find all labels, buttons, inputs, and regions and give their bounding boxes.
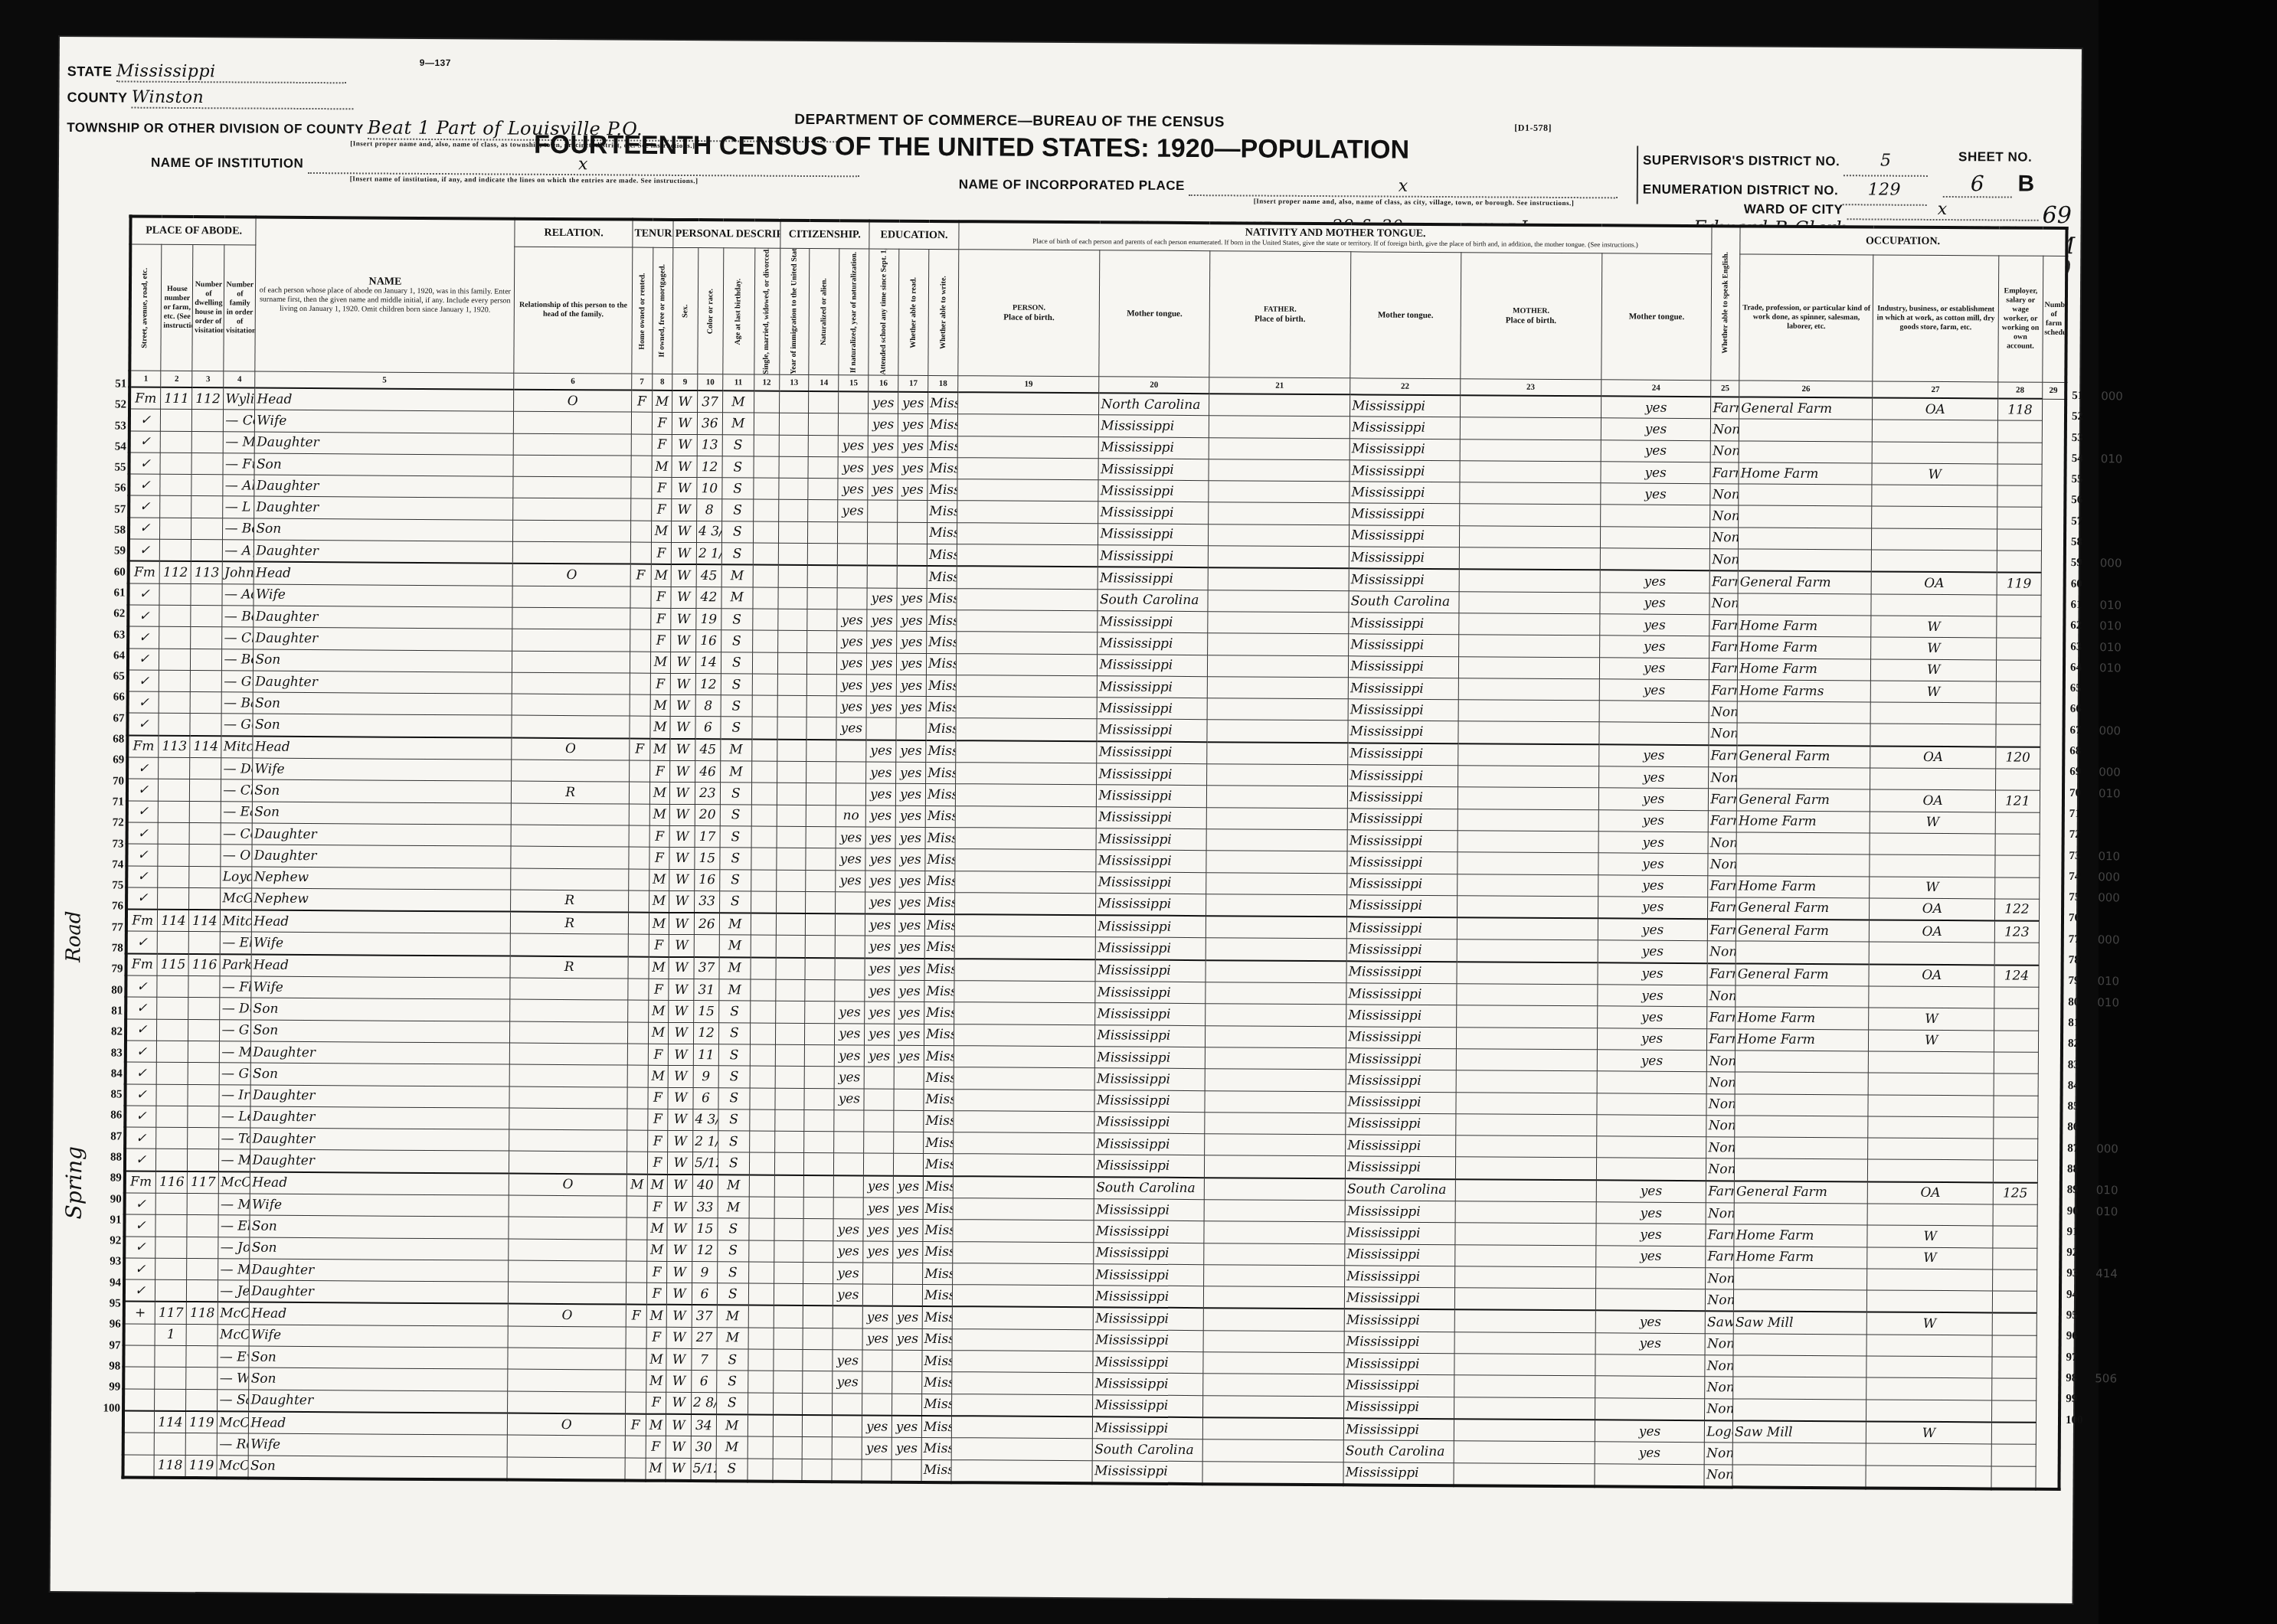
- county-label: COUNTY: [67, 90, 127, 105]
- cell-write: [893, 1263, 923, 1285]
- cell-mar: M: [719, 935, 751, 957]
- cell-col-22: [1204, 1243, 1346, 1265]
- group-education: EDUCATION.: [869, 221, 959, 249]
- cell-col-22: [1206, 872, 1347, 894]
- occupation-code: 010: [2099, 658, 2153, 679]
- cell-name: — Irene: [219, 1084, 250, 1106]
- cell-read: yes: [865, 936, 895, 958]
- cell-write: yes: [898, 457, 927, 479]
- col-8-header: If owned, free or mortgaged.: [652, 247, 673, 374]
- cell-race: W: [671, 673, 696, 694]
- cell-eng: yes: [1598, 832, 1709, 854]
- cell-school: yes: [836, 696, 866, 718]
- line-number: 86: [2067, 1117, 2095, 1139]
- col-number: 17: [898, 375, 928, 392]
- cell-house: [157, 1019, 188, 1041]
- cell-mar: M: [721, 565, 753, 587]
- line-number: 71: [70, 792, 124, 813]
- cell-read: [864, 1110, 894, 1132]
- cell-emp: [1866, 1443, 1991, 1466]
- cell-emp: [1872, 485, 1997, 507]
- cell-col-13: [752, 695, 777, 717]
- col-number: 5: [255, 371, 514, 390]
- occupation-code: 010: [2099, 783, 2152, 805]
- cell-col-20: [952, 1328, 1094, 1351]
- line-number: 100: [67, 1398, 120, 1420]
- district-block: SUPERVISOR'S DISTRICT NO. 5 ENUMERATION …: [1637, 146, 1929, 206]
- cell-col-20: [957, 567, 1098, 590]
- cell-eng: yes: [1601, 462, 1711, 484]
- cell-house: [157, 998, 188, 1020]
- cell-col-24: [1457, 743, 1599, 766]
- occupation-code: 010: [2096, 1181, 2150, 1202]
- cell-street: [124, 1324, 155, 1346]
- cell-col-22: [1203, 1330, 1345, 1352]
- line-number: 79: [69, 959, 123, 980]
- cell-home: [509, 1108, 627, 1130]
- cell-eng: yes: [1597, 1028, 1707, 1050]
- cell-house: [155, 1237, 187, 1259]
- cell-col-20: [951, 1416, 1093, 1439]
- cell-eng: [1601, 505, 1711, 527]
- cell-race: W: [666, 1458, 691, 1481]
- cell-name: — Minnie: [219, 1149, 250, 1171]
- cell-col-14: [777, 609, 807, 631]
- cell-fpob: Mississippi: [1095, 1003, 1206, 1025]
- cell-col-14: [774, 1153, 804, 1175]
- cell-age: 33: [692, 1197, 718, 1218]
- cell-home: [508, 1391, 626, 1414]
- col-1-header: Street, avenue, road, etc.: [129, 244, 162, 371]
- line-number: 62: [2070, 616, 2098, 637]
- cell-home: [511, 934, 629, 957]
- cell-rel: Daughter: [252, 823, 511, 846]
- cell-col-13: [752, 717, 777, 739]
- cell-read: [862, 1459, 891, 1482]
- cell-race: W: [672, 434, 697, 456]
- cell-school: [834, 1175, 864, 1198]
- col-number: 25: [1711, 381, 1739, 397]
- cell-read: [864, 1132, 894, 1154]
- form-code: [D1-578]: [1514, 123, 1552, 134]
- cell-col-15: [805, 979, 835, 1002]
- cell-dwelling: 117: [188, 1171, 219, 1194]
- cell-eng: [1595, 1463, 1705, 1487]
- cell-mpob: Mississippi: [1346, 917, 1457, 939]
- cell-home: [509, 1086, 627, 1109]
- cell-read: yes: [862, 1415, 892, 1437]
- col-16-header: Attended school any time since Sept. 1, …: [869, 249, 899, 375]
- cell-col-15: [806, 740, 836, 762]
- cell-farm: [1995, 855, 2040, 877]
- cell-occ: Farmer: [1708, 919, 1736, 941]
- cell-house: 116: [156, 1171, 188, 1193]
- cell-read: yes: [865, 1002, 895, 1024]
- cell-mpob: Mississippi: [1350, 417, 1460, 439]
- cell-dwelling: [189, 866, 221, 888]
- cell-home: [514, 433, 632, 456]
- cell-ind: [1735, 1158, 1868, 1181]
- line-number: 89: [2067, 1180, 2095, 1201]
- cell-rel: Wife: [251, 976, 510, 999]
- cell-col-15: [803, 1262, 833, 1284]
- cell-mar: M: [719, 957, 751, 979]
- cell-school: [836, 913, 865, 936]
- cell-write: yes: [897, 609, 927, 632]
- cell-col-24: [1460, 461, 1601, 483]
- cell-home: [510, 1021, 628, 1044]
- line-number: 90: [2067, 1201, 2095, 1223]
- line-number: 54: [73, 436, 126, 458]
- cell-col-22: [1203, 1286, 1345, 1309]
- cell-dwelling: [188, 1041, 220, 1063]
- cell-home: O: [509, 1173, 627, 1196]
- cell-fpob: Mississippi: [1094, 1264, 1204, 1286]
- col-number: 16: [869, 375, 898, 392]
- cell-race: W: [671, 630, 696, 652]
- cell-rel: Head: [250, 1302, 509, 1326]
- cell-sex: F: [647, 1130, 668, 1152]
- cell-dwelling: [191, 496, 223, 518]
- cell-school: yes: [839, 435, 869, 457]
- cell-street: Fm: [125, 1171, 156, 1193]
- cell-house: [158, 866, 189, 888]
- cell-col-15: [804, 1175, 834, 1198]
- cell-pob: Mississippi: [924, 1132, 954, 1155]
- cell-occ: Farm Laborer: [1706, 1246, 1734, 1268]
- cell-col-15: [806, 936, 836, 958]
- cell-read: [863, 1263, 893, 1285]
- cell-sex: F: [650, 608, 671, 629]
- cell-rel: Son: [251, 998, 510, 1021]
- cell-eng: yes: [1599, 744, 1709, 767]
- cell-mar: S: [721, 609, 753, 631]
- line-number: 87: [2067, 1139, 2095, 1160]
- cell-mpob: South Carolina: [1345, 1178, 1455, 1201]
- cell-pob: Mississippi: [924, 1045, 954, 1067]
- cell-rel: Son: [251, 1063, 510, 1086]
- cell-col-15: [806, 762, 836, 784]
- cell-col-13: [748, 1436, 773, 1458]
- cell-name: — Maggie J: [218, 1259, 250, 1281]
- cell-race: W: [666, 1327, 692, 1348]
- cell-farm: [1997, 529, 2042, 551]
- cell-age: 16: [696, 630, 721, 652]
- line-number: 55: [2071, 469, 2099, 491]
- cell-farm: [1994, 1117, 2038, 1139]
- cell-ind: Home Farm: [1736, 875, 1870, 897]
- cell-col-13: [748, 1349, 774, 1371]
- cell-free: [630, 629, 651, 651]
- cell-col-14: [777, 631, 807, 653]
- county-value: Winston: [132, 88, 354, 110]
- cell-ind: Home Farm: [1736, 1007, 1869, 1029]
- cell-col-14: [774, 1262, 803, 1284]
- cell-col-20: [956, 763, 1098, 785]
- cell-rel: Daughter: [254, 497, 513, 520]
- cell-rel: Daughter: [254, 606, 512, 629]
- cell-ind: [1734, 1289, 1867, 1312]
- cell-eng: yes: [1601, 396, 1711, 419]
- cell-street: ✓: [128, 670, 159, 692]
- cell-name: — Elsie: [221, 932, 252, 954]
- col-number: 22: [1350, 378, 1461, 395]
- cell-age: 8: [697, 499, 722, 521]
- cell-pob: Mississippi: [927, 457, 957, 479]
- cell-emp: [1869, 986, 1994, 1008]
- cell-occ: None: [1707, 941, 1736, 963]
- cell-rel: Wife: [249, 1433, 508, 1456]
- cell-col-20: [955, 784, 1097, 806]
- cell-house: 111: [161, 387, 192, 410]
- col-number: 8: [652, 374, 672, 390]
- cell-house: [155, 1279, 187, 1302]
- cell-col-22: [1204, 1178, 1346, 1201]
- occupation-code: 000: [2096, 1139, 2150, 1160]
- cell-col-15: [807, 652, 837, 675]
- cell-col-24: [1457, 831, 1599, 853]
- cell-sex: F: [651, 499, 672, 521]
- cell-name: Mitchell Edwin: [221, 910, 252, 932]
- cell-write: [894, 1110, 924, 1132]
- cell-col-20: [957, 501, 1099, 523]
- cell-col-15: [803, 1350, 833, 1372]
- line-number: 85: [2067, 1096, 2095, 1118]
- cell-emp: OA: [1870, 898, 1995, 921]
- cell-free: [627, 1065, 648, 1086]
- cell-name: — Barney: [222, 692, 254, 714]
- cell-write: yes: [892, 1416, 922, 1438]
- cell-col-14: [774, 1131, 804, 1153]
- cell-col-20: [955, 805, 1097, 828]
- cell-free: [626, 1392, 646, 1414]
- line-number: 59: [2071, 553, 2099, 574]
- cell-rel: Wife: [253, 758, 512, 781]
- cell-home: R: [510, 956, 628, 979]
- cell-mpob: Mississippi: [1350, 525, 1460, 547]
- cell-home: [513, 455, 631, 477]
- cell-eng: yes: [1598, 809, 1709, 832]
- occupation-code: [2097, 1055, 2151, 1077]
- cell-mpob: Mississippi: [1344, 1396, 1454, 1419]
- cell-farm: [1997, 638, 2041, 660]
- cell-free: [627, 1261, 647, 1283]
- cell-name: — Bessie: [222, 606, 254, 628]
- cell-mpob: Mississippi: [1348, 765, 1458, 787]
- cell-col-24: [1457, 939, 1598, 962]
- cell-dwelling: [186, 1367, 218, 1390]
- cell-write: [892, 1350, 922, 1372]
- cell-school: [836, 936, 865, 958]
- cell-eng: [1597, 1115, 1707, 1137]
- cell-race: W: [669, 1044, 694, 1065]
- cell-street: Fm: [127, 735, 159, 757]
- cell-pob: Mississippi: [921, 1459, 951, 1482]
- cell-mar: S: [718, 1087, 750, 1109]
- cell-col-14: [777, 805, 806, 827]
- cell-free: [629, 804, 649, 825]
- cell-col-14: [775, 1023, 805, 1045]
- cell-race: W: [672, 390, 698, 413]
- cell-eng: [1595, 1267, 1706, 1289]
- cell-age: 20: [695, 804, 720, 825]
- cell-fpob: Mississippi: [1095, 1068, 1206, 1090]
- cell-eng: yes: [1598, 918, 1708, 941]
- cell-fpob: Mississippi: [1093, 1330, 1203, 1352]
- cell-pob: Mississippi: [926, 697, 956, 719]
- cell-write: yes: [895, 805, 925, 828]
- cell-age: 5/12: [691, 1458, 716, 1481]
- cell-col-14: [774, 1219, 803, 1241]
- cell-read: [862, 1371, 892, 1394]
- cell-occ: None: [1705, 1377, 1733, 1399]
- cell-pob: Mississippi: [927, 436, 957, 458]
- census-sheet: STATE Mississippi COUNTY Winston TOWNSHI…: [51, 37, 2082, 1603]
- cell-school: yes: [833, 1371, 862, 1394]
- cell-col-22: [1208, 502, 1350, 524]
- cell-home: [509, 1239, 627, 1261]
- line-number: 73: [70, 834, 123, 855]
- cell-school: yes: [837, 609, 867, 632]
- occupation-code: [2098, 950, 2151, 972]
- cell-occ: Farm Laborer: [1709, 680, 1738, 702]
- cell-age: [694, 935, 719, 957]
- cell-sex: M: [652, 390, 672, 413]
- cell-occ: Farm Laborer: [1710, 462, 1739, 485]
- cell-col-24: [1454, 1462, 1595, 1486]
- cell-occ: Farm Laborer: [1707, 1007, 1736, 1029]
- cell-age: 19: [696, 609, 721, 630]
- cell-age: 6: [692, 1283, 717, 1305]
- cell-col-20: [956, 740, 1098, 763]
- cell-house: 117: [155, 1302, 187, 1324]
- cell-name: — Florence B: [220, 976, 251, 998]
- cell-age: 13: [697, 434, 722, 456]
- cell-col-24: [1455, 1113, 1597, 1135]
- cell-col-14: [779, 435, 809, 457]
- cell-mpob: Mississippi: [1344, 1374, 1454, 1397]
- cell-school: yes: [835, 1023, 865, 1045]
- cell-sex: M: [649, 890, 669, 913]
- cell-eng: [1600, 548, 1710, 571]
- cell-col-24: [1460, 395, 1601, 418]
- occupation-code: 000: [2098, 867, 2151, 888]
- cell-school: yes: [837, 631, 867, 653]
- cell-occ: None: [1705, 1355, 1733, 1377]
- cell-col-24: [1458, 591, 1600, 613]
- cell-mar: S: [718, 1044, 750, 1067]
- cell-ind: General Farm: [1738, 571, 1871, 594]
- cell-col-13: [748, 1328, 774, 1349]
- occupation-code: 010: [2097, 992, 2151, 1014]
- cell-eng: yes: [1596, 1245, 1706, 1267]
- cell-home: O: [508, 1413, 626, 1436]
- cell-col-20: [954, 1002, 1096, 1024]
- col-29-header: Number of farm schedule.: [2042, 256, 2066, 382]
- cell-race: W: [672, 478, 697, 499]
- group-citizenship: CITIZENSHIP.: [780, 221, 869, 249]
- line-number: 56: [72, 479, 126, 500]
- cell-eng: yes: [1600, 614, 1710, 636]
- cell-sex: M: [648, 1022, 669, 1044]
- cell-race: W: [671, 587, 696, 608]
- cell-free: [630, 673, 650, 694]
- cell-home: [513, 520, 631, 542]
- cell-fpob: Mississippi: [1097, 763, 1207, 786]
- cell-race: W: [667, 1240, 692, 1261]
- cell-col-14: [777, 652, 807, 675]
- cell-eng: [1596, 1158, 1706, 1181]
- cell-mar: M: [719, 913, 751, 935]
- cell-write: yes: [895, 1045, 924, 1067]
- cell-occ: Farm Laborer: [1709, 658, 1738, 680]
- cell-col-22: [1202, 1439, 1344, 1462]
- cell-pob: Mississippi: [926, 762, 956, 784]
- cell-age: 30: [691, 1436, 716, 1458]
- line-number: 62: [71, 603, 125, 625]
- line-number: 60: [72, 562, 126, 583]
- line-number: 57: [2071, 511, 2099, 533]
- cell-col-15: [809, 435, 839, 457]
- cell-col-20: [953, 1198, 1094, 1220]
- cell-sex: F: [648, 979, 669, 1000]
- cell-col-24: [1455, 1201, 1597, 1224]
- cell-street: ✓: [124, 1258, 155, 1280]
- cell-col-15: [804, 1109, 834, 1132]
- cell-mar: S: [716, 1392, 748, 1414]
- cell-read: yes: [863, 1219, 893, 1241]
- cell-mar: M: [717, 1328, 748, 1350]
- cell-free: [631, 412, 652, 433]
- cell-col-14: [773, 1415, 803, 1437]
- cell-read: yes: [867, 588, 897, 610]
- cell-home: [511, 825, 629, 847]
- cell-age: 15: [694, 1001, 719, 1022]
- cell-race: W: [672, 413, 698, 434]
- cell-col-24: [1457, 852, 1598, 874]
- line-number: 79: [2068, 971, 2095, 992]
- cell-mpob: Mississippi: [1344, 1332, 1454, 1354]
- institution-label: NAME OF INSTITUTION: [151, 155, 303, 171]
- cell-dwelling: [188, 1106, 219, 1128]
- cell-race: W: [669, 1001, 694, 1022]
- group-tenure: TENURE.: [633, 220, 673, 248]
- cell-pob: Mississippi: [927, 653, 957, 675]
- cell-col-20: [954, 1132, 1095, 1155]
- cell-rel: Son: [249, 1367, 508, 1390]
- cell-col-22: [1208, 612, 1350, 634]
- cell-home: [510, 978, 628, 1000]
- col-number: 29: [2042, 382, 2066, 399]
- cell-col-14: [777, 826, 806, 848]
- cell-race: W: [666, 1348, 692, 1370]
- cell-eng: [1597, 1071, 1707, 1093]
- cell-home: [514, 411, 632, 433]
- cell-mar: S: [720, 826, 751, 848]
- cell-home: [510, 1043, 628, 1065]
- line-number: 58: [2071, 532, 2099, 554]
- col-number: 28: [1998, 382, 2042, 399]
- cell-pob: Mississippi: [927, 632, 957, 654]
- cell-occ: None: [1710, 440, 1739, 462]
- cell-mar: S: [717, 1349, 748, 1371]
- cell-sex: M: [649, 913, 669, 935]
- cell-emp: [1866, 1377, 1992, 1400]
- cell-farm: [1994, 1139, 2038, 1161]
- cell-col-13: [754, 391, 779, 413]
- cell-farm: 124: [1994, 965, 2039, 987]
- line-number: 63: [2070, 637, 2098, 658]
